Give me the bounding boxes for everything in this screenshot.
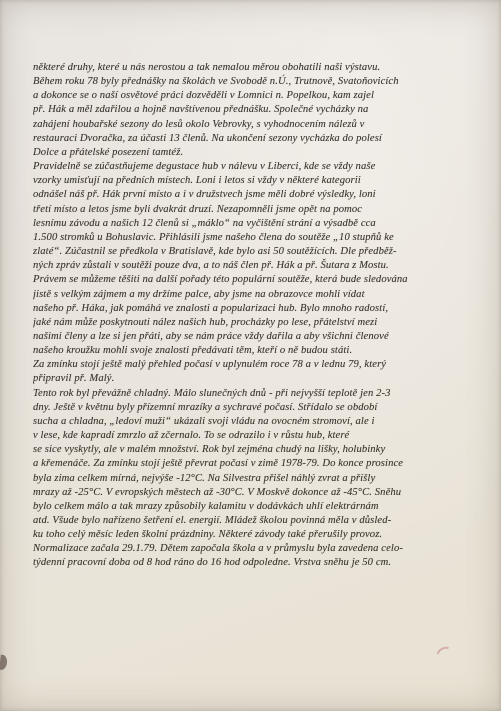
scanned-page: některé druhy, které u nás nerostou a ta…	[0, 0, 501, 711]
paragraph-competitions-and-club-life: Pravidelně se zúčastňujeme degustace hub…	[33, 160, 480, 387]
handwritten-text: některé druhy, které u nás nerostou a ta…	[33, 61, 480, 583]
scan-mark-pink-bottom-right	[433, 644, 458, 668]
paragraph-weather-report: Tento rok byl převážně chladný. Málo slu…	[33, 387, 480, 571]
scan-speck-left-edge	[0, 655, 8, 671]
paragraph-exhibition-activities: některé druhy, které u nás nerostou a ta…	[33, 61, 480, 160]
